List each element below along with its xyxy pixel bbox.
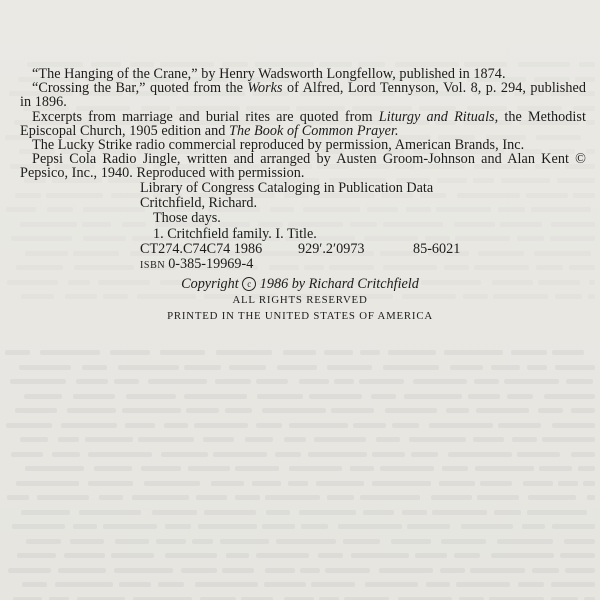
copyright-line: Copyright c 1986 by Richard Critchfield xyxy=(140,276,460,292)
copyright-symbol-icon: c xyxy=(242,277,256,291)
credit-liturgy: Excerpts from marriage and burial rites … xyxy=(20,110,586,138)
cataloging-in-publication-block: Library of Congress Cataloging in Public… xyxy=(140,181,460,273)
permissions-credits: “The Hanging of the Crane,” by Henry Wad… xyxy=(20,67,586,181)
credit-lucky-strike: The Lucky Strike radio commercial reprod… xyxy=(20,138,586,152)
credit-longfellow: “The Hanging of the Crane,” by Henry Wad… xyxy=(20,67,586,81)
copyright-prefix: Copyright xyxy=(181,276,239,292)
copyright-holder: 1986 by Richard Critchfield xyxy=(260,276,419,292)
isbn-value: 0-385-19969-4 xyxy=(168,256,253,272)
cip-classification-row: CT274.C74C74 1986 929′.2′0973 85-6021 xyxy=(140,242,460,257)
credit-pepsi-jingle: Pepsi Cola Radio Jingle, written and arr… xyxy=(20,152,586,180)
cip-dewey-number: 929′.2′0973 xyxy=(298,242,413,257)
cip-subjects: 1. Critchfield family. I. Title. xyxy=(140,227,460,242)
rights-block: Copyright c 1986 by Richard Critchfield … xyxy=(140,276,460,324)
printed-in-usa: PRINTED IN THE UNITED STATES OF AMERICA xyxy=(140,308,460,324)
cip-heading: Library of Congress Cataloging in Public… xyxy=(140,181,460,196)
cip-author: Critchfield, Richard. xyxy=(140,196,460,211)
cip-lccn: 85-6021 xyxy=(413,242,460,257)
cip-isbn-row: ISBN0-385-19969-4 xyxy=(140,257,460,273)
cip-title: Those days. xyxy=(140,211,460,226)
book-page: “The Hanging of the Crane,” by Henry Wad… xyxy=(0,0,600,600)
all-rights-reserved: ALL RIGHTS RESERVED xyxy=(140,292,460,308)
isbn-label: ISBN xyxy=(140,260,165,271)
cip-call-number: CT274.C74C74 1986 xyxy=(140,242,298,257)
credit-tennyson: “Crossing the Bar,” quoted from the Work… xyxy=(20,81,586,109)
